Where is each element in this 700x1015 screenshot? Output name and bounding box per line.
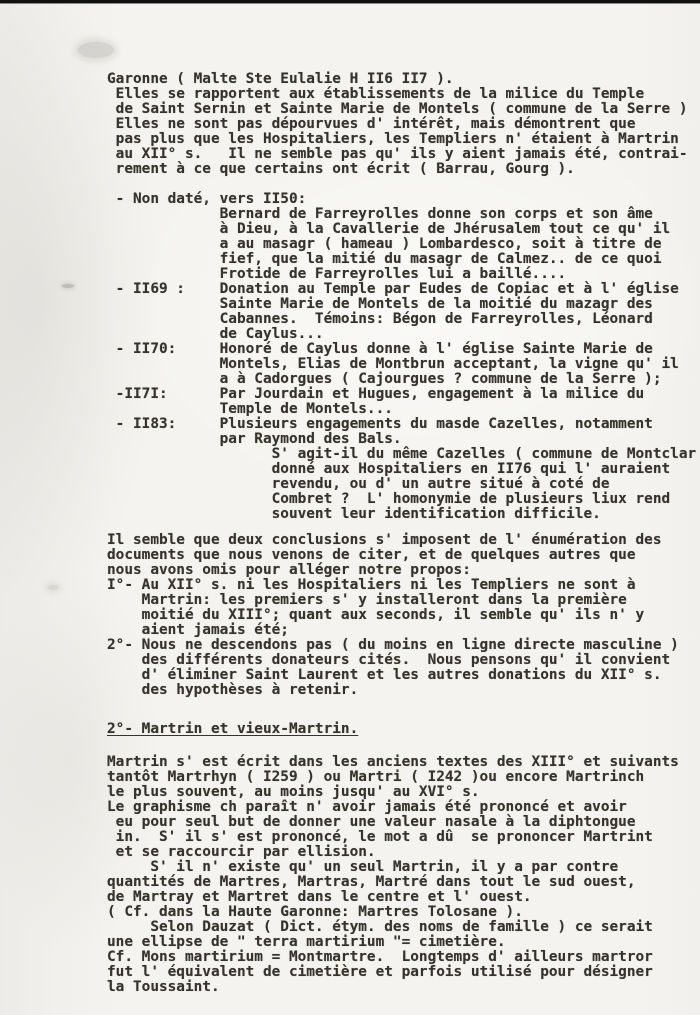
- scan-smudge: [48, 585, 58, 590]
- paragraph-conclusions: Il semble que deux conclusions s' impose…: [107, 533, 679, 698]
- paragraph-intro: Garonne ( Malte Ste Eulalie H II6 II7 ).…: [107, 72, 687, 177]
- scanned-document-page: Garonne ( Malte Ste Eulalie H II6 II7 ).…: [0, 0, 700, 1015]
- scan-edge-artifact-top: [0, 0, 700, 4]
- paragraph-martrin-etymology: Martrin s' est écrit dans les anciens te…: [107, 755, 679, 995]
- section-heading: 2°- Martrin et vieux-Martrin.: [107, 722, 358, 737]
- dated-entries-list: - Non daté, vers II50: Bernard de Farrey…: [107, 192, 696, 522]
- scan-smudge: [62, 284, 74, 288]
- scan-smudge: [78, 42, 114, 58]
